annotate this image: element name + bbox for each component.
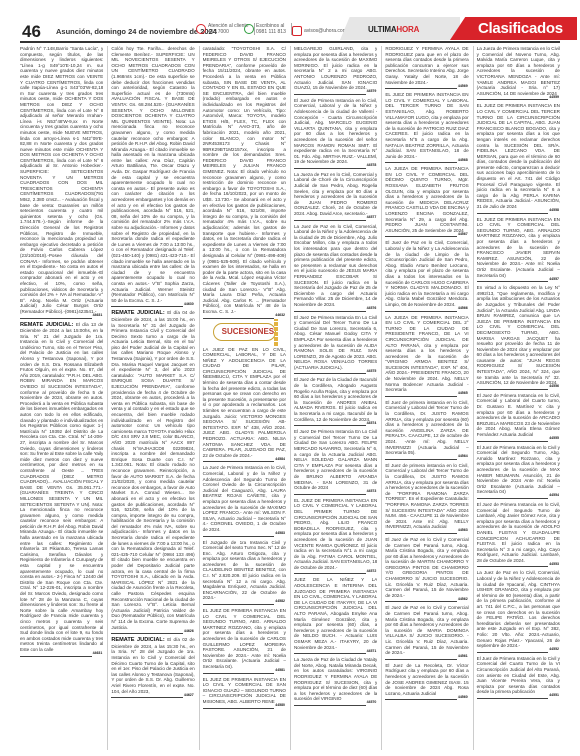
notice: El Juez de Paz en lo Civil y Comercial d… [385,537,468,603]
notice-code: 44577 [366,215,378,221]
notice-code: 44557 [548,277,560,283]
notice-code: 44558 [548,208,560,214]
notice: El Juez de Paz en lo Civil y Comercial d… [385,605,468,659]
whatsapp-icon [244,24,254,34]
notice-text: La Juez de Primera Instancia en lo Civil… [203,465,286,532]
section-banner: Clasificados [450,17,577,40]
notice-code: 44568 [457,158,469,164]
notice: El Juez de La Recoleta, Dr. Víctor Rodrí… [385,663,468,701]
notice: La Juez de Primera Instancia en lo Civil… [203,465,286,536]
notice-text: El día 04 de Diciembre de 2024, a las 15… [111,310,194,629]
section-tag-label: SUCESIONES [222,329,274,335]
notice: Colón hoy Tte. Fariña... derechos de Cle… [111,46,194,307]
notice-code: 44583 [274,531,286,537]
notice: El Juez De Primera Instancia En Lo Civil… [294,429,377,495]
notice: La Jueza de Paz en lo Civil, Comercial y… [294,172,377,221]
notice: Padrón N° 7.148,Barrio "Santa Lucía", y … [20,46,103,319]
notice-code: 44579 [366,89,378,95]
notice-text: Colón hoy Tte. Fariña... derechos de Cle… [111,46,194,303]
notice: El Juez de primera instancia en lo Civil… [385,463,468,534]
notice: EL JUEZ DE PRIMERA INSTANCIA EN LO CIVIL… [477,103,560,213]
notice-text: El Juez de Primera Instancia en lo Civil… [477,502,560,563]
notice-lead: REMATE JUDICIAL: [111,310,167,316]
notice-code: 44584 [274,457,286,463]
notice-text: El día 02 de Diciembre de 2024, a las 15… [111,637,194,693]
notice-code: 44560 [457,695,469,701]
notice-code: 44561 [457,654,469,660]
notice-code: 44578 [366,163,378,169]
notice-code: 44570 [366,700,378,706]
notice-text: El Juez De Primera Instancia En Lo Civil… [294,429,377,490]
notice-code: 44552 [548,647,560,653]
classifieds-columns: Padrón N° 7.148,Barrio "Santa Lucía", y … [20,46,560,750]
column-2: Colón hoy Tte. Fariña... derechos de Cle… [107,46,194,750]
column-6: La Jueza de Primera Instancia en lo Civi… [473,46,560,750]
mail-icon [292,26,302,36]
whatsapp-contact[interactable]: Escribinos al0981 111 813 [244,23,292,35]
notice-code: 44580 [274,703,286,709]
notice: EL JUEZ DE PRIMERA INSTANCIA EN LO CIVIL… [203,608,286,674]
notice-text: El día 13 de Diciembre de 2024 a las 15:… [20,322,103,652]
notice-code: 44576 [366,306,378,312]
page-number: 46 [22,22,41,42]
notice-code: 44632 [274,313,286,319]
notice-code: 44562 [457,597,469,603]
notice: EL JUEZ DE PRIMERA INSTANCIA EN LO CIVIL… [294,498,377,575]
notice-text: El Juez de Paz en lo Civil y Comercial d… [385,605,468,655]
notice-lead: REMATE JUDICIAL: [20,322,76,328]
notice-code: 44631 [92,313,104,319]
notice-text: La Juez de Paz en lo Civil, Comercial, L… [294,224,377,307]
column-5: RODRIGUEZ Y FERMINA AYALA DE RODRIGUEZ p… [381,46,468,750]
notice-code: 44566 [457,306,469,312]
column-4: MELGAREJO GUIRLAND, cita y emplaza por s… [290,46,377,750]
notice: REMATE JUDICIAL: El día 02 de Diciembre … [111,637,194,698]
notice: En virtud a lo dispuesto en la Ley N° 49… [477,285,560,390]
notice: La Jueza de Paz de la Ciudad de Yataity … [294,657,377,706]
notice: REMATE JUDICIAL: El día 13 de Diciembre … [20,322,103,657]
notice-code: 44554 [548,493,560,499]
notice: El Juez De Primera Instancia En Lo Civil… [294,315,377,375]
notice-text: La Jueza de Paz en lo Civil, Comercial y… [294,172,377,216]
notice: LA JUEZA DE PRIMERA INSTANCIA EN LO CIVI… [385,166,468,237]
notice-code: 44556 [548,384,560,390]
notice-code: 44572 [366,569,378,575]
notice: El Juez de Primera Instancia en lo Civil… [477,445,560,499]
header-rule [20,41,560,43]
notice: El Juez de Paz en lo Civil, Comercial, L… [385,240,468,311]
notice-text: LA JUEZA DE PRIMERA INSTANCIA EN LO CIVI… [385,166,468,233]
notice-text: EL JUEZ DE PRIMERA INSTANCIA EN LO CIVIL… [203,608,286,669]
notice-code: 44563 [457,528,469,534]
notice-code: 44567 [457,232,469,238]
notice-text: La Juez de Paz en lo Civil, Comercial, L… [477,570,560,648]
notice-code: 44631 [92,651,104,657]
notice-code: 44553 [548,562,560,568]
notice-text: La Jueza de Primera Instancia en lo Civi… [477,46,560,96]
notice: El Juez de primera instancia en lo Civil… [385,400,468,460]
notice: El Juez de Paz de la Ciudad de Itacurubí… [294,377,377,426]
notice-code: 44555 [548,436,560,442]
notice-code: 44573 [366,489,378,495]
notice-text: El Juez de Paz en lo Civil y Comercial d… [385,537,468,598]
notice-code: 44551 [548,693,560,699]
notice-code: 44627 [183,693,195,699]
notice-code: 44564 [457,454,469,460]
notice: LA JUEZA DE PRIMERA INSTANCIA EN LO CIVI… [385,315,468,397]
notice-text: El Juez de Paz en lo Civil, Comercial, L… [385,240,468,307]
notice-text: El Juez de Primera Instancia en lo Civil… [477,445,560,495]
notice: El Juez de Primera Instancia en lo Civil… [294,98,377,169]
notice-text: RODRIGUEZ Y FERMINA AYALA DE RODRIGUEZ p… [385,46,468,85]
notice: EL JUEZ DE PRIMERA INSTANCIA EN LO CIVIL… [385,92,468,163]
notice: MELGAREJO GUIRLAND, cita y emplaza por s… [294,46,377,95]
notice-text: EL JUEZ DE PRIMERA INSTANCIA EN LO CIVIL… [477,217,560,278]
notice-text: El Juez de Primera Instancia en lo Civil… [477,656,560,695]
section-title: Clasificados [478,20,563,37]
notice-code: 44569 [457,84,469,90]
section-tag-sucesiones: SUCESIONES [213,323,276,341]
notice: JUEZ DE LA NIÑEZ Y LA ADOLESCENCIA E INT… [294,577,377,654]
issue-date: Asunción, domingo 24 de noviembre de 202… [56,27,217,36]
notice: El Juez de Primera Instancia en lo Civil… [477,656,560,699]
notice-lead: REMATE JUDICIAL: [111,637,167,643]
notice-text: JUEZ DE LA NIÑEZ Y LA ADOLESCENCIA E INT… [294,577,377,649]
notice: La Juez de Paz en lo Civil, Comercial, L… [294,224,377,312]
notice: La Juez de Paz en lo Civil, Comercial, L… [477,570,560,652]
notice-text: El Juez de La Recoleta, Dr. Víctor Rodrí… [385,663,468,696]
notice: EL JUEZ DE PRIMERA INSTANCIA EN LO CIVIL… [203,677,286,709]
notice-text: El Juez de Paz de la Ciudad de Itacurubí… [294,377,377,421]
notice: RODRIGUEZ Y FERMINA AYALA DE RODRIGUEZ p… [385,46,468,89]
notice-text: El Juez de Primera Instancia en lo Civil… [477,393,560,437]
notice-text: LA JUEZA DE PRIMERA INSTANCIA EN LO CIVI… [385,315,468,393]
notice-text: LA JUEZ DE PAZ EN LO CIVIL, COMERCIAL, L… [203,347,286,458]
column-3: caratulado: "TOYOTOSHI S.A. C/ FEDERICO … [199,46,286,750]
notice: El Juzgado de 1ra Instancia Civil y Come… [203,540,286,606]
notice: LA JUEZ DE PAZ EN LO CIVIL, COMERCIAL, L… [203,347,286,463]
notice-text: MELGAREJO GUIRLAND, cita y emplaza por s… [294,46,377,90]
notice: caratulado: "TOYOTOSHI S.A. C/ FEDERICO … [203,46,286,319]
notice-text: EL JUEZ DE PRIMERA INSTANCIA EN LO CIVIL… [203,677,286,704]
boxes-icon [274,317,278,346]
notice-code: 44630 [183,302,195,308]
phone-icon [196,24,206,34]
notice: El Juez de Primera Instancia en lo Civil… [477,502,560,568]
notice: REMATE JUDICIAL: El día 04 de Diciembre … [111,310,194,634]
notice-code: 44571 [366,649,378,655]
column-1: Padrón N° 7.148,Barrio "Santa Lucía", y … [20,46,103,750]
notice-code: 44574 [366,421,378,427]
notice-code: 44581 [274,668,286,674]
notice-text: EL JUEZ DE PRIMERA INSTANCIA EN LO CIVIL… [294,498,377,570]
notice-text: Padrón N° 7.148,Barrio "Santa Lucía", y … [20,46,103,314]
notice-code: 44559 [548,95,560,101]
notice-text: EL JUEZ DE PRIMERA INSTANCIA EN LO CIVIL… [477,103,560,209]
notice-text: El Juzgado de 1ra Instancia Civil y Come… [203,540,286,601]
notice-text: El Juez De Primera Instancia En Lo Civil… [294,315,377,370]
notice: El Juez de Primera Instancia en lo Civil… [477,393,560,442]
notice-text: caratulado: "TOYOTOSHI S.A. C/ FEDERICO … [203,46,286,314]
notice: EL JUEZ DE PRIMERA INSTANCIA EN LO CIVIL… [477,217,560,283]
brand-logo: ULTIMAHORA [368,25,419,34]
notice-code: 44582 [274,599,286,605]
notice-text: EL JUEZ DE PRIMERA INSTANCIA EN LO CIVIL… [385,92,468,159]
notice-code: 44565 [457,391,469,397]
notice-code: 44626 [183,629,195,635]
notice-text: El Juez de primera instancia en lo Civil… [385,463,468,530]
notice-text: El Juez de Primera Instancia en lo Civil… [294,98,377,165]
notice: La Jueza de Primera Instancia en lo Civi… [477,46,560,100]
notice-code: 44575 [366,369,378,375]
notice-text: En virtud a lo dispuesto en la Ley N° 49… [477,285,560,385]
notice-text: El Juez de primera instancia en lo Civil… [385,400,468,455]
page-header: 46 Asunción, domingo 24 de noviembre de … [0,0,580,40]
notice-text: La Jueza de Paz de la Ciudad de Yataity … [294,657,377,701]
